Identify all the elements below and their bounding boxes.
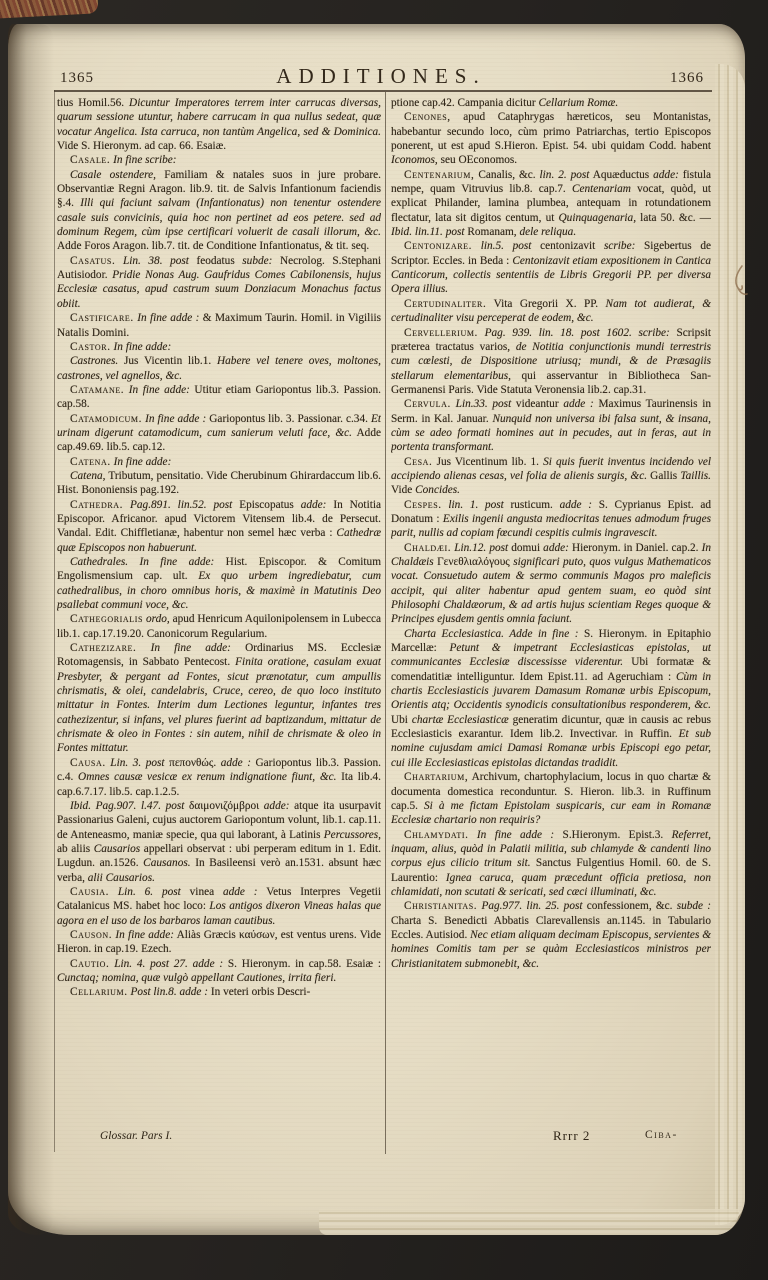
page-header: 1365 ADDITIONES. 1366 (56, 64, 706, 90)
entry-paragraph: Christianitas. Pag.977. lin. 25. post co… (391, 899, 711, 971)
book-photo: 1365 ADDITIONES. 1366 tius Homil.56. Dic… (0, 0, 768, 1280)
entry-paragraph: Castrones. Jus Vicentin lib.1. Habere ve… (57, 354, 381, 383)
entry-paragraph: Causa. Lin. 3. post πεπονθώς. adde : Gar… (57, 756, 381, 799)
entry-paragraph: Castor. In fine adde: (57, 340, 381, 354)
entry-paragraph: Cathegorialis ordo, apud Henricum Aquilo… (57, 612, 381, 641)
entry-paragraph: Cathedra. Pag.891. lin.52. post Episcopa… (57, 498, 381, 555)
entry-paragraph: Causon. In fine adde: Aliàs Græcis καύσω… (57, 928, 381, 957)
gilt-edge-decoration (0, 0, 98, 19)
gathering-signature: Rrrr 2 (553, 1128, 590, 1144)
entry-paragraph: Chartarium, Archivum, chartophylacium, l… (391, 770, 711, 827)
entry-paragraph: Catena. In fine adde: (57, 455, 381, 469)
entry-paragraph: Catamane. In fine adde: Utitur etiam Gar… (57, 383, 381, 412)
entry-paragraph: Chaldæi. Lin.12. post domui adde: Hieron… (391, 541, 711, 627)
entry-paragraph: Causia. Lin. 6. post vinea adde : Vetus … (57, 885, 381, 928)
entry-paragraph: Charta Ecclesiastica. Adde in fine : S. … (391, 627, 711, 770)
column-divider-rule (385, 92, 386, 1154)
entry-paragraph: Castificare. In fine adde : & Maximum Ta… (57, 311, 381, 340)
entry-paragraph: Casatus. Lin. 38. post feodatus subde: N… (57, 254, 381, 311)
text-column-right: ptione cap.42. Campania dicitur Cellariu… (391, 96, 711, 1154)
margin-pen-mark (730, 264, 750, 298)
page-edges-right (715, 64, 745, 1225)
left-margin-rule (54, 90, 55, 1152)
entry-paragraph: Casale ostendere, Familiam & natales suo… (57, 168, 381, 254)
entry-paragraph: tius Homil.56. Dicuntur Imperatores terr… (57, 96, 381, 153)
book-page: 1365 ADDITIONES. 1366 tius Homil.56. Dic… (8, 24, 745, 1235)
entry-paragraph: Chlamydati. In fine adde : S.Hieronym. E… (391, 828, 711, 900)
entry-paragraph: ptione cap.42. Campania dicitur Cellariu… (391, 96, 711, 110)
catchword: Ciba- (645, 1129, 678, 1141)
entry-paragraph: Cenones, apud Cataphrygas hæreticos, seu… (391, 110, 711, 167)
entry-paragraph: Cellarium. Post lin.8. adde : In veteri … (57, 985, 381, 999)
header-rule (54, 90, 712, 92)
entry-paragraph: Casale. In fine scribe: (57, 153, 381, 167)
running-title: ADDITIONES. (56, 64, 706, 89)
entry-paragraph: Centenarium, Canalis, &c. lin. 2. post A… (391, 168, 711, 240)
entry-paragraph: Cesa. Jus Vicentinum lib. 1. Si quis fue… (391, 455, 711, 498)
page-edges-bottom (319, 1209, 739, 1235)
page-number-right: 1366 (670, 70, 704, 87)
entry-paragraph: Cervellerium. Pag. 939. lin. 18. post 16… (391, 326, 711, 398)
gutter-shadow (8, 24, 54, 1235)
entry-paragraph: Catamodicum. In fine adde : Gariopontus … (57, 412, 381, 455)
entry-paragraph: Cathezizare. In fine adde: Ordinarius MS… (57, 641, 381, 756)
text-column-left: tius Homil.56. Dicuntur Imperatores terr… (57, 96, 381, 1154)
entry-paragraph: Catena, Tributum, pensitatio. Vide Cheru… (57, 469, 381, 498)
entry-paragraph: Ibid. Pag.907. l.47. post δαιμονιζόμβροι… (57, 799, 381, 885)
part-signature: Glossar. Pars I. (100, 1130, 172, 1142)
entry-paragraph: Cautio. Lin. 4. post 27. adde : S. Hiero… (57, 957, 381, 986)
entry-paragraph: Cespes. lin. 1. post rusticum. adde : S.… (391, 498, 711, 541)
entry-paragraph: Centonizare. lin.5. post centonizavit sc… (391, 239, 711, 296)
entry-paragraph: Cervula. Lin.33. post videantur adde : M… (391, 397, 711, 454)
entry-paragraph: Cathedrales. In fine adde: Hist. Episcop… (57, 555, 381, 612)
entry-paragraph: Certudinaliter. Vita Gregorii X. PP. Nam… (391, 297, 711, 326)
